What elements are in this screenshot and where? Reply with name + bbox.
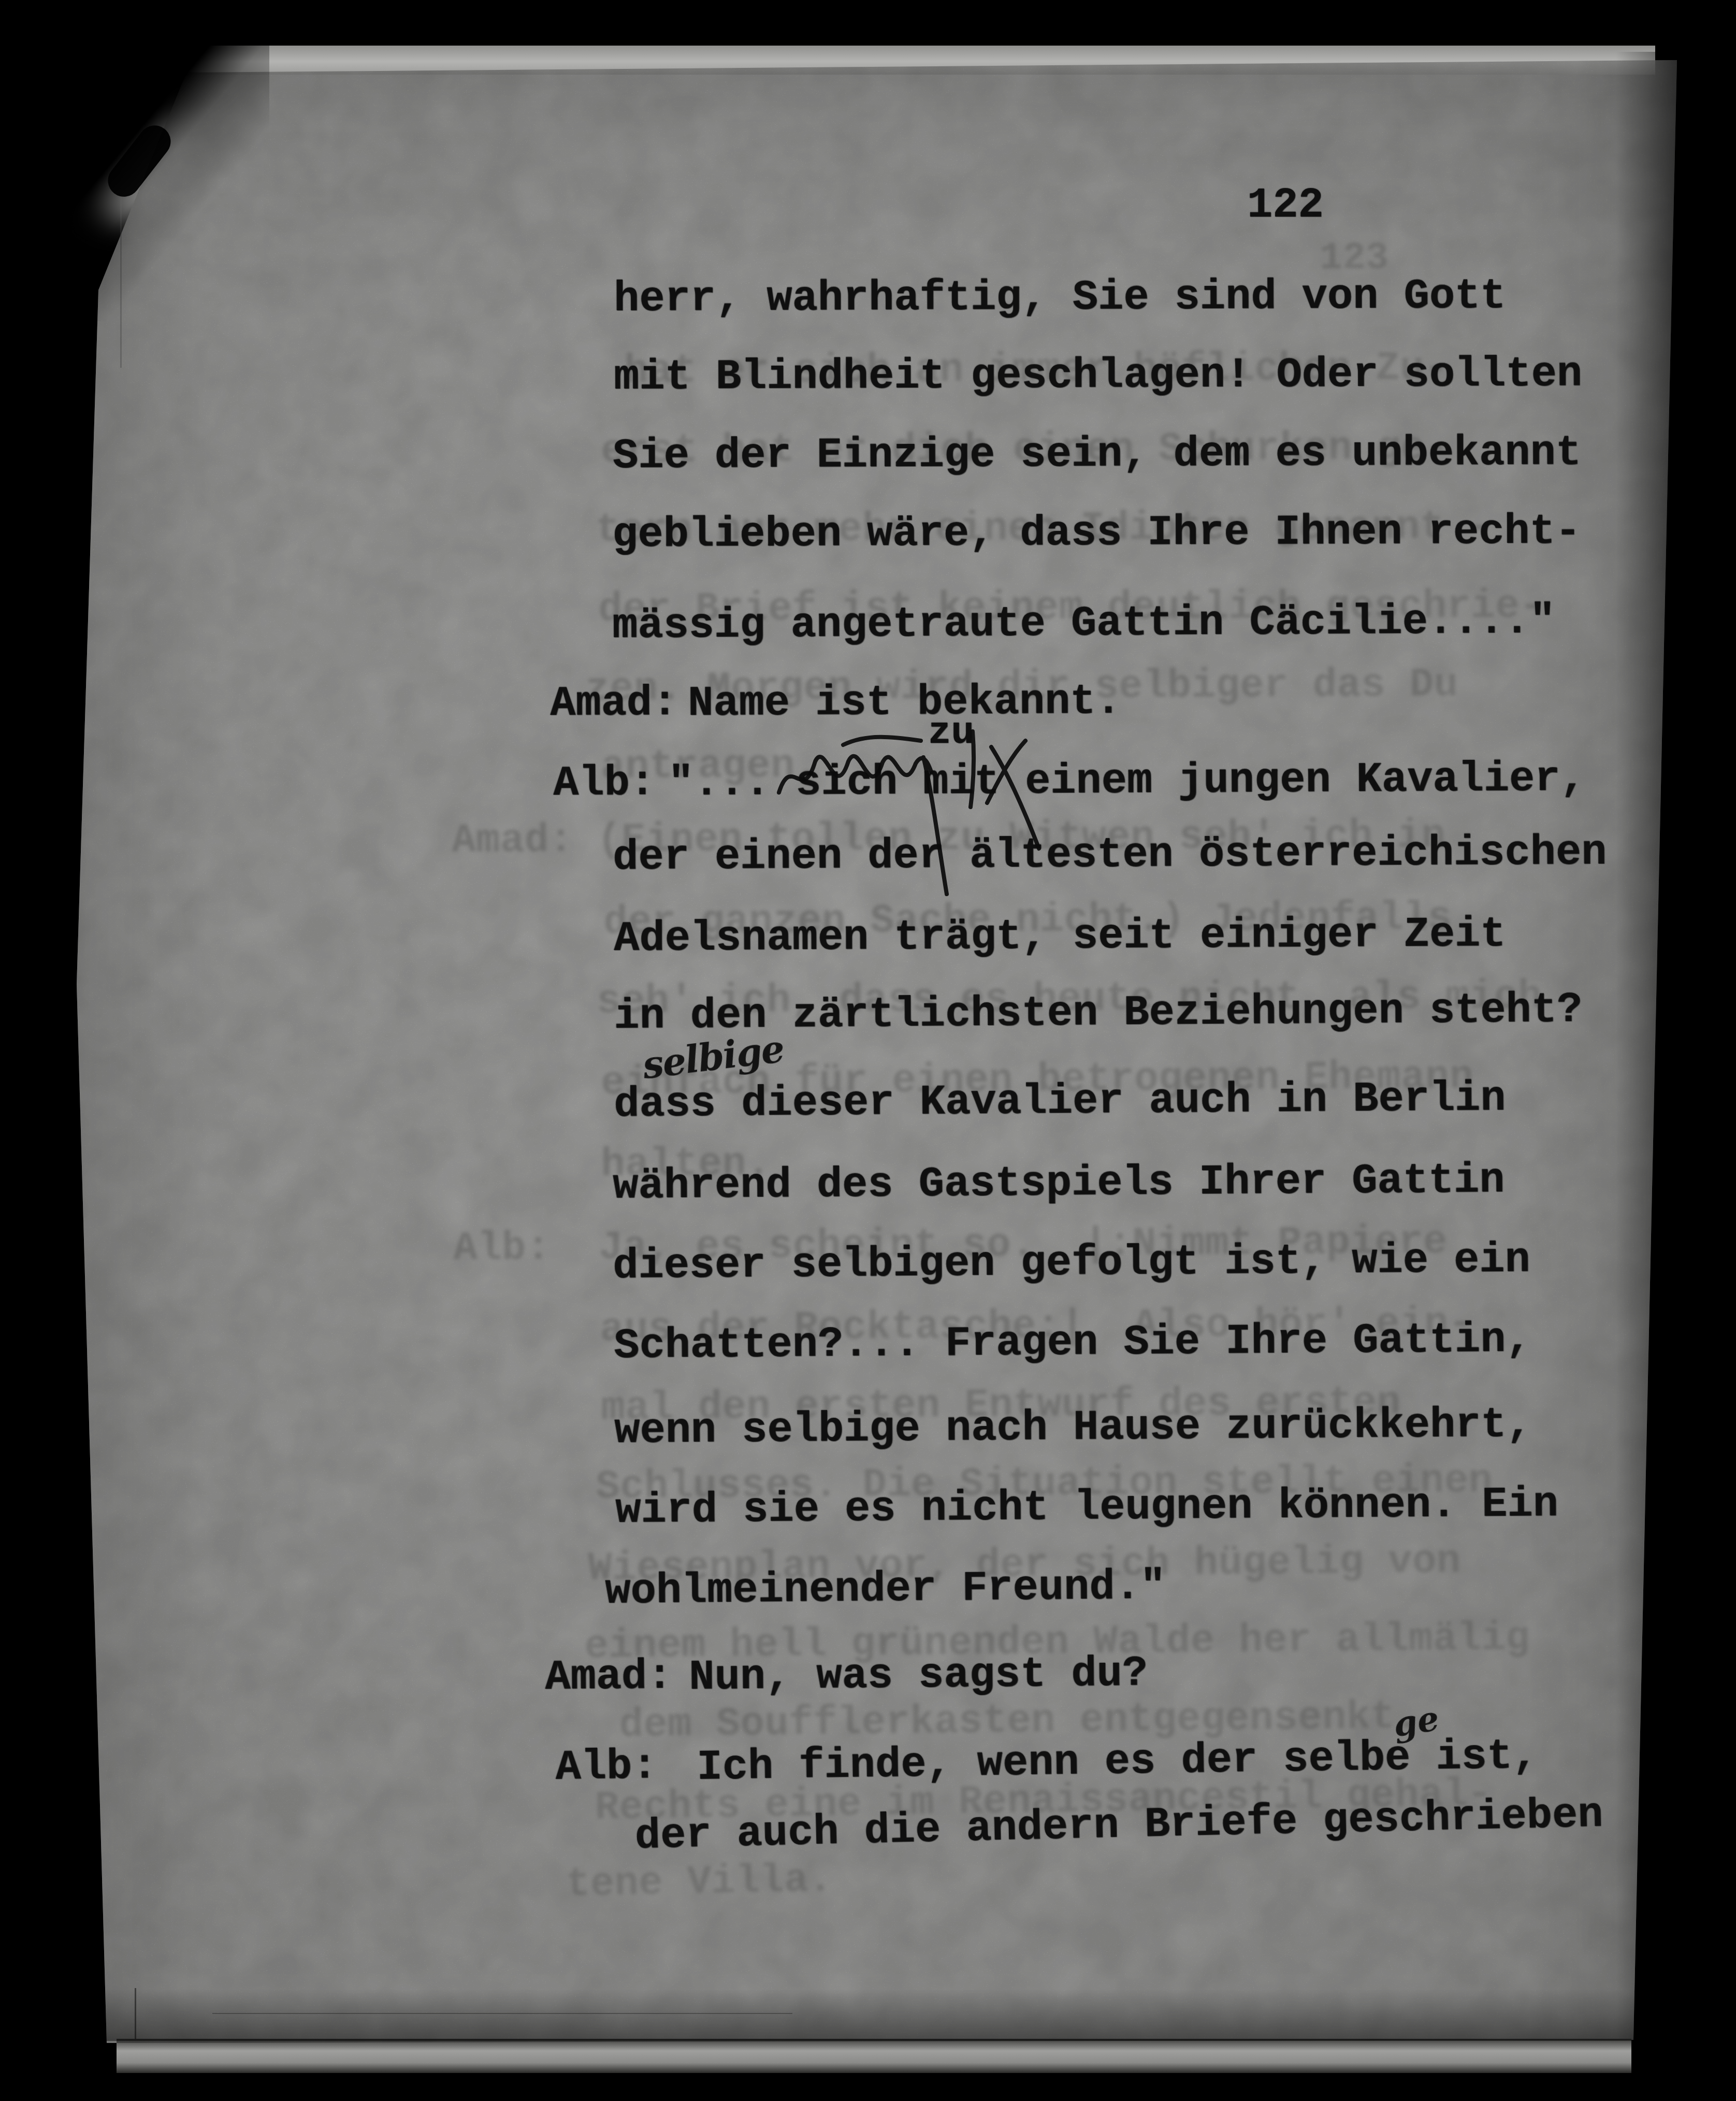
typed-line: Alb: — [553, 762, 655, 805]
typed-line: Nun, was sagst du? — [689, 1652, 1148, 1699]
page-stack-edge — [117, 2039, 1631, 2073]
typed-line: Ich finde, wenn es der selbe ist, — [697, 1735, 1538, 1789]
typed-line: geblieben wäre, dass Ihre Ihnen recht- — [612, 510, 1581, 556]
under-sheet-edge — [175, 46, 1655, 75]
handwritten-correction-ge: ge — [1390, 1698, 1441, 1745]
scanned-typescript-page: { "page": { "number": "122", "ghost_numb… — [0, 0, 1736, 2101]
typed-line: wird sie es nicht leugnen können. Ein — [615, 1483, 1558, 1532]
page-number: 122 — [1247, 184, 1324, 227]
paper-scratch — [212, 2013, 792, 2014]
strikethrough-scrawl — [765, 725, 1087, 912]
typed-line: Adelsnamen trägt, seit einiger Zeit — [614, 913, 1506, 960]
ghost-bleedthrough-line: tene Villa. — [566, 1860, 833, 1905]
typed-line: Amad: — [545, 1656, 673, 1699]
typed-line: mit Blindheit geschlagen! Oder sollten — [614, 353, 1582, 399]
typed-line: wenn selbige nach Hause zurückkehrt, — [614, 1404, 1532, 1452]
typed-line: Sie der Einzige sein, dem es unbekannt — [613, 431, 1581, 478]
typed-line: Amad: — [550, 682, 677, 725]
typed-line: Name ist bekannt. — [688, 681, 1121, 725]
typed-line: Schatten?... Fragen Sie Ihre Gattin, — [614, 1319, 1531, 1368]
typed-line: dass dieser Kavalier auch in Berlin — [614, 1077, 1506, 1126]
typed-line: während des Gastspiels Ihrer Gattin — [613, 1159, 1505, 1208]
typed-line: herr, wahrhaftig, Sie sind von Gott — [614, 275, 1506, 321]
typed-line: wohlmeinender Freund." — [605, 1566, 1166, 1613]
ghost-page-number: 123 — [1320, 239, 1388, 278]
typed-line: der einen der ältesten österreichischen — [613, 831, 1607, 879]
typed-line: Alb: — [555, 1745, 658, 1789]
typed-line: dieser selbigen gefolgt ist, wie ein — [613, 1239, 1530, 1288]
typed-line: mässig angetraute Gattin Cäcilie...." — [612, 600, 1555, 647]
paper-crease — [120, 78, 122, 368]
